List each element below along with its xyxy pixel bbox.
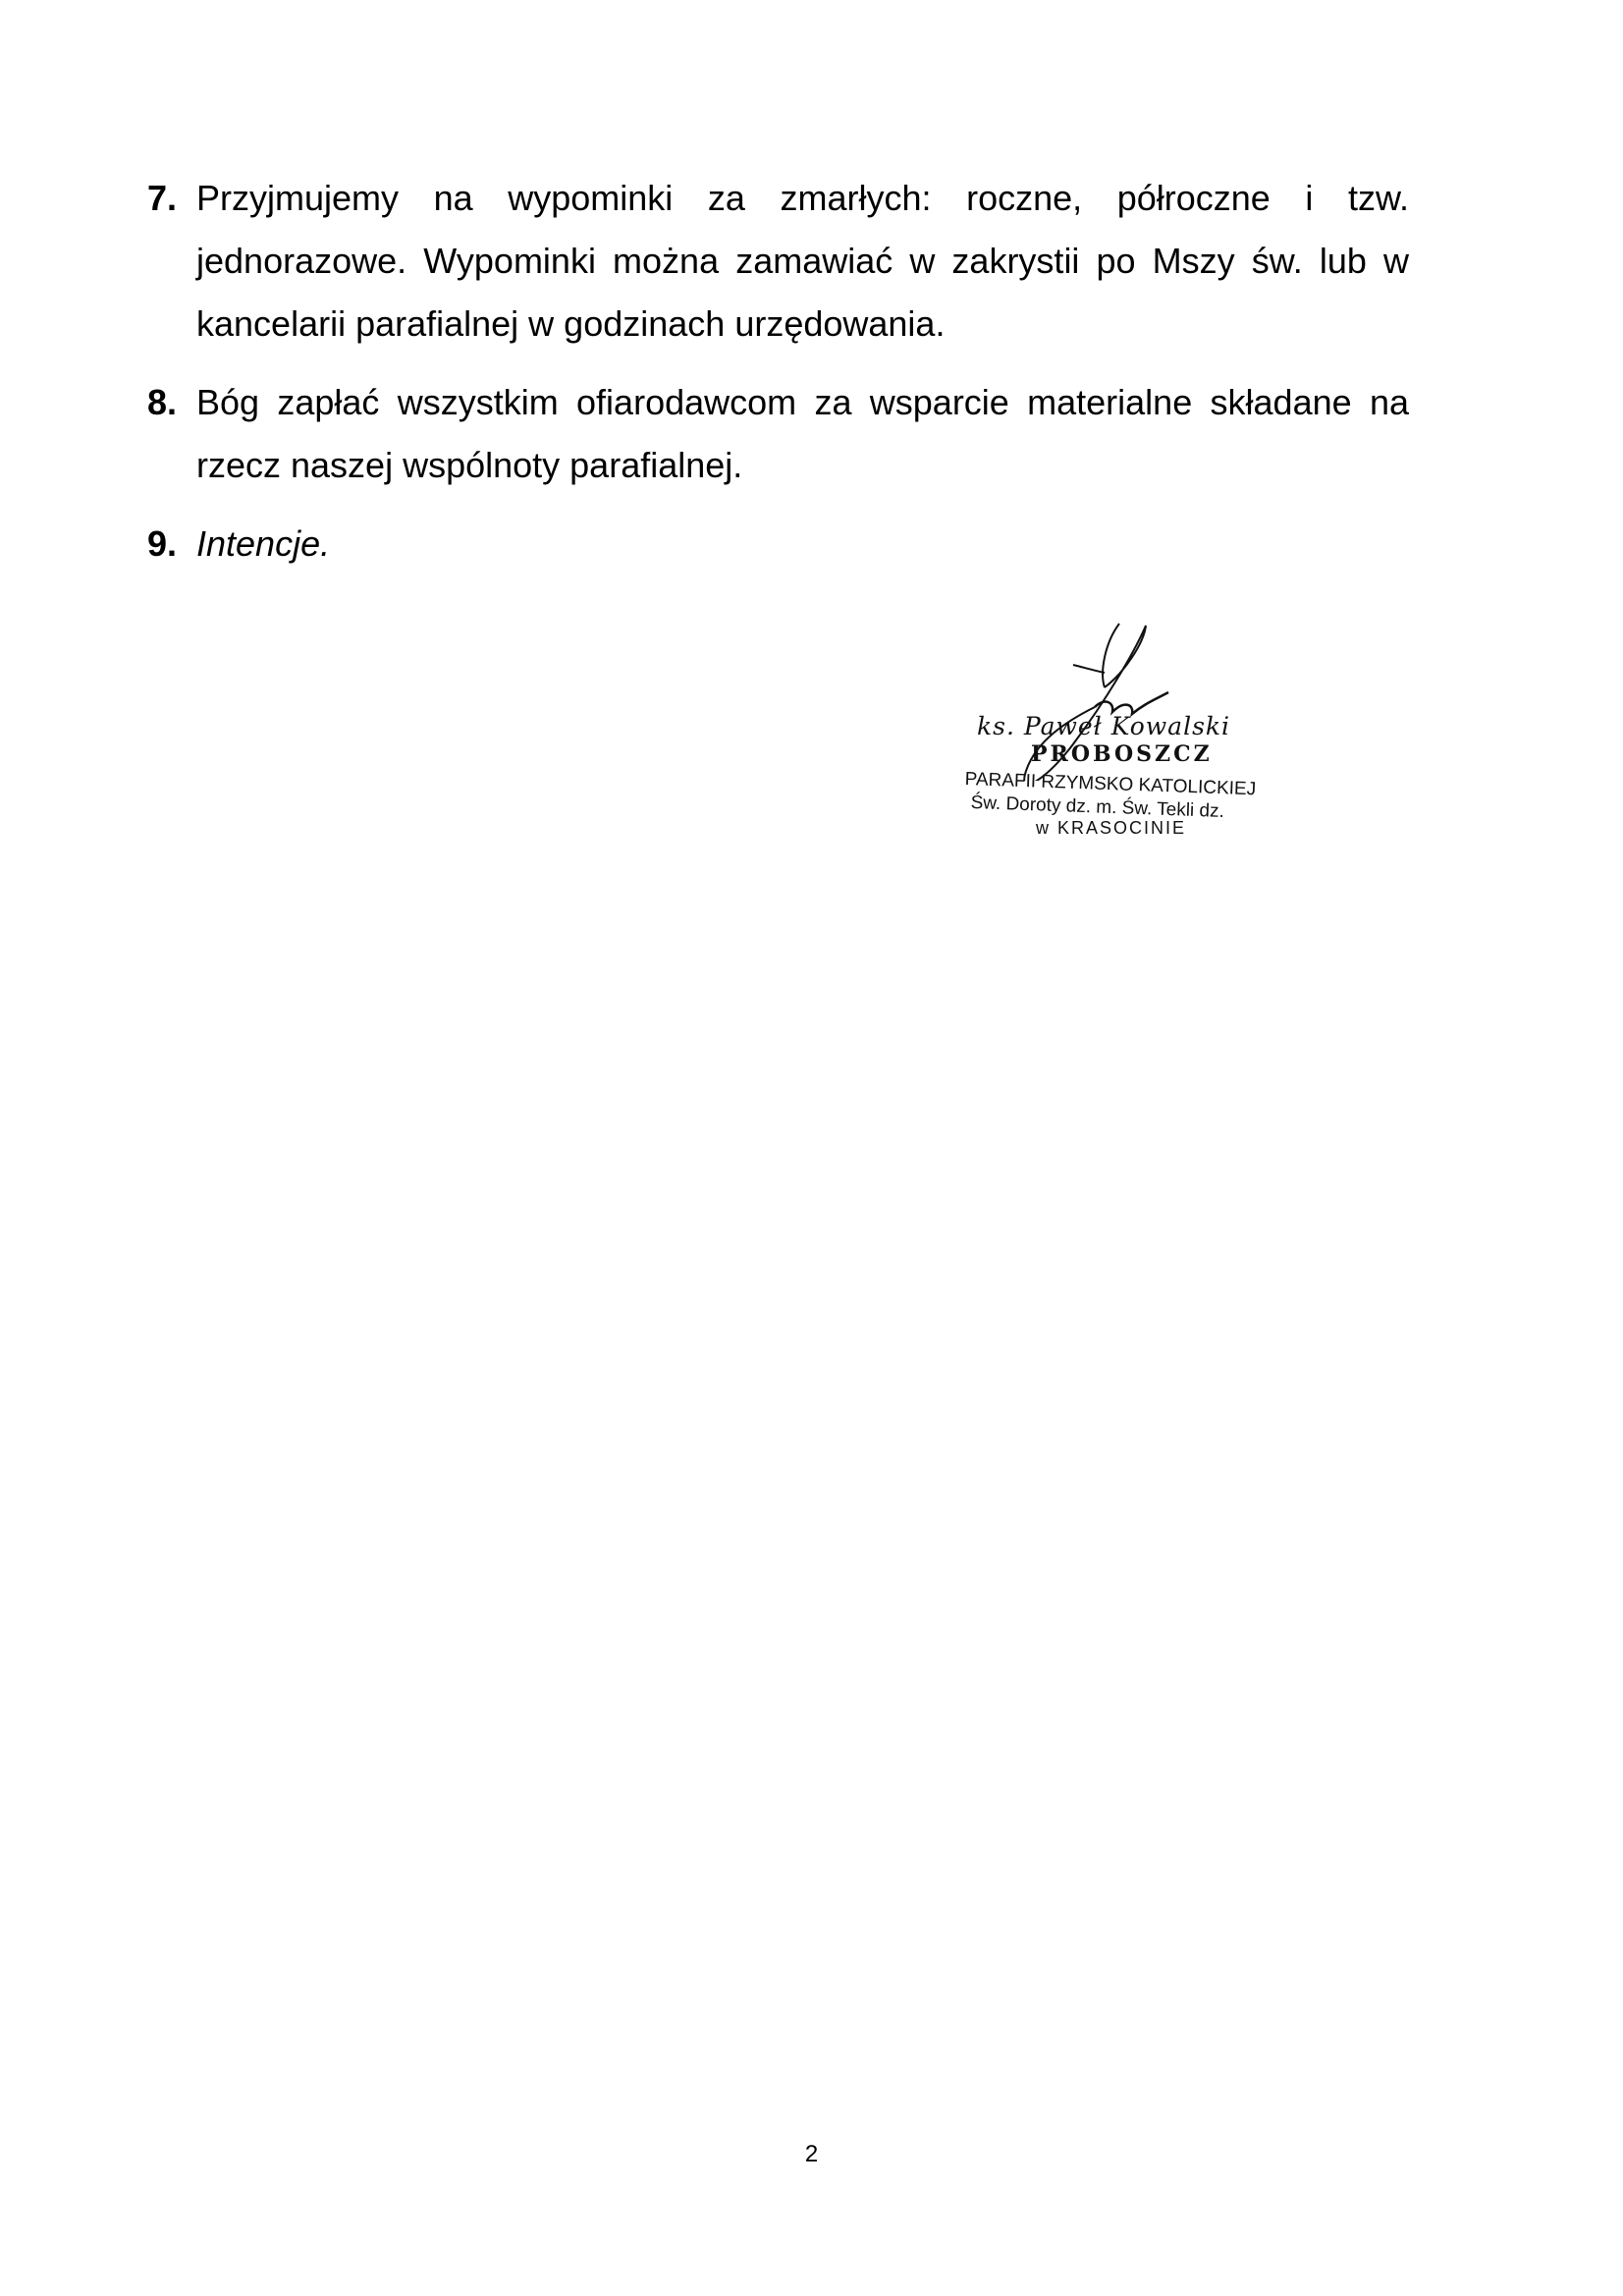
list-item: 7. Przyjmujemy na wypominki za zmarłych:…	[147, 167, 1409, 355]
list-item: 8. Bóg zapłać wszystkim ofiarodawcom za …	[147, 371, 1409, 497]
signature-stamp: ks. Paweł Kowalski PROBOSZCZ PARAFII RZY…	[957, 614, 1291, 859]
stamp-name: ks. Paweł Kowalski	[977, 712, 1230, 740]
item-text: Bóg zapłać wszystkim ofiarodawcom za wsp…	[196, 371, 1409, 497]
item-number: 9.	[147, 513, 177, 575]
list-item: 9. Intencje.	[147, 513, 1409, 575]
item-text: Przyjmujemy na wypominki za zmarłych: ro…	[196, 167, 1409, 355]
document-page: 7. Przyjmujemy na wypominki za zmarłych:…	[0, 0, 1623, 2296]
item-number: 8.	[147, 371, 177, 434]
item-number: 7.	[147, 167, 177, 230]
stamp-title: PROBOSZCZ	[1031, 741, 1213, 767]
stamp-line-town: w KRASOCINIE	[1036, 818, 1186, 839]
page-number: 2	[0, 2141, 1623, 2168]
announcements-list: 7. Przyjmujemy na wypominki za zmarłych:…	[147, 167, 1409, 591]
item-text: Intencje.	[196, 513, 1409, 575]
